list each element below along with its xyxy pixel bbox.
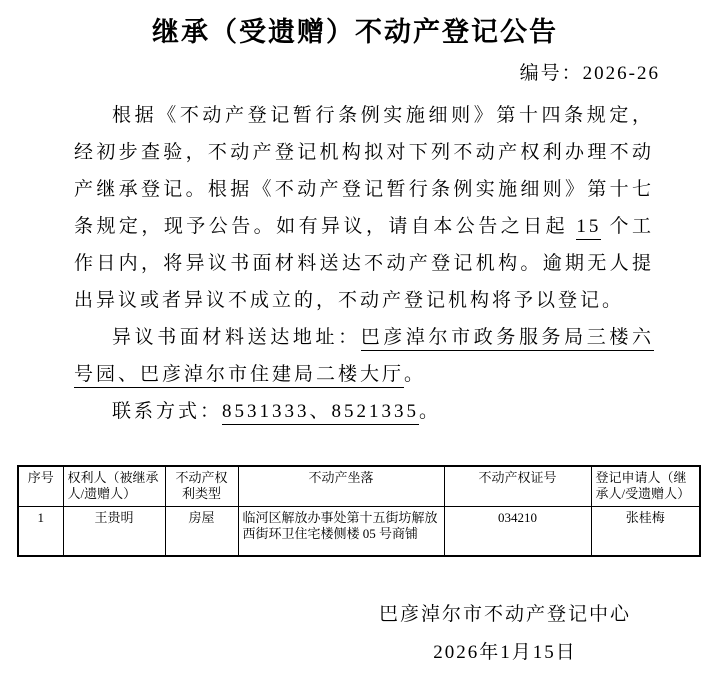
text-run: 产继承登记。根据《不动产登记暂行条例实施细则》第十七: [74, 179, 654, 200]
underlined-text: 号园、巴彦淖尔市住建局二楼大厅: [74, 364, 404, 388]
header-cell: 权利人（被继承人/遗赠人）: [63, 466, 165, 506]
text-run: 。: [404, 364, 426, 385]
doc-line: 根据《不动产登记暂行条例实施细则》第十四条规定，: [74, 97, 654, 134]
table-header-row: 序号权利人（被继承人/遗赠人）不动产权利类型不动产坐落不动产权证号登记申请人（继…: [18, 466, 700, 506]
doc-line: 条规定，现予公告。如有异议，请自本公告之日起 15 个工: [74, 208, 654, 245]
underlined-text: 8531333、8521335: [222, 401, 419, 425]
text-run: 异议书面材料送达地址：: [112, 327, 361, 348]
page-title: 继承（受遗赠）不动产登记公告: [0, 10, 710, 49]
table-row-header: 序号权利人（被继承人/遗赠人）不动产权利类型不动产坐落不动产权证号登记申请人（继…: [18, 466, 700, 506]
table-row: 1王贵明房屋临河区解放办事处第十五街坊解放西街环卫住宅楼侧楼 05 号商铺034…: [18, 506, 700, 556]
doc-line: 产继承登记。根据《不动产登记暂行条例实施细则》第十七: [74, 171, 654, 208]
doc-line: 异议书面材料送达地址：巴彦淖尔市政务服务局三楼六: [74, 319, 654, 356]
text-run: 条规定，现予公告。如有异议，请自本公告之日起: [74, 216, 576, 237]
header-cell: 不动产坐落: [238, 466, 444, 506]
table-cell: 临河区解放办事处第十五街坊解放西街环卫住宅楼侧楼 05 号商铺: [238, 506, 444, 556]
notice-document-page: 继承（受遗赠）不动产登记公告 编号：2026-26 根据《不动产登记暂行条例实施…: [0, 0, 710, 674]
text-run: 。: [419, 401, 441, 422]
text-run: 联系方式：: [112, 401, 222, 422]
header-cell: 登记申请人（继承人/受遗赠人）: [591, 466, 700, 506]
text-run: 作日内，将异议书面材料送达不动产登记机构。逾期无人提: [74, 253, 654, 274]
doc-line: 联系方式：8531333、8521335。: [74, 393, 654, 430]
table-cell: 1: [18, 506, 63, 556]
text-run: 经初步查验，不动产登记机构拟对下列不动产权利办理不动: [74, 142, 654, 163]
underlined-text: 15: [576, 216, 601, 240]
footer-organization: 巴彦淖尔市不动产登记中心: [305, 599, 705, 626]
doc-line: 号园、巴彦淖尔市住建局二楼大厅。: [74, 356, 654, 393]
header-cell: 不动产权利类型: [165, 466, 238, 506]
document-body: 根据《不动产登记暂行条例实施细则》第十四条规定，经初步查验，不动产登记机构拟对下…: [74, 97, 654, 430]
text-run: 出异议或者异议不成立的，不动产登记机构将予以登记。: [74, 290, 624, 311]
doc-number: 编号：2026-26: [520, 58, 660, 85]
table-cell: 房屋: [165, 506, 238, 556]
property-table: 序号权利人（被继承人/遗赠人）不动产权利类型不动产坐落不动产权证号登记申请人（继…: [17, 465, 701, 557]
doc-line: 作日内，将异议书面材料送达不动产登记机构。逾期无人提: [74, 245, 654, 282]
header-cell: 不动产权证号: [444, 466, 591, 506]
underlined-text: 巴彦淖尔市政务服务局三楼六: [361, 327, 654, 351]
doc-line: 经初步查验，不动产登记机构拟对下列不动产权利办理不动: [74, 134, 654, 171]
table-cell: 034210: [444, 506, 591, 556]
table-cell: 王贵明: [63, 506, 165, 556]
header-cell: 序号: [18, 466, 63, 506]
text-run: 个工: [601, 216, 654, 237]
table-cell: 张桂梅: [591, 506, 700, 556]
text-run: 根据《不动产登记暂行条例实施细则》第十四条规定，: [112, 105, 654, 126]
table-body: 1王贵明房屋临河区解放办事处第十五街坊解放西街环卫住宅楼侧楼 05 号商铺034…: [18, 506, 700, 556]
footer-date: 2026年1月15日: [305, 637, 705, 664]
doc-line: 出异议或者异议不成立的，不动产登记机构将予以登记。: [74, 282, 654, 319]
